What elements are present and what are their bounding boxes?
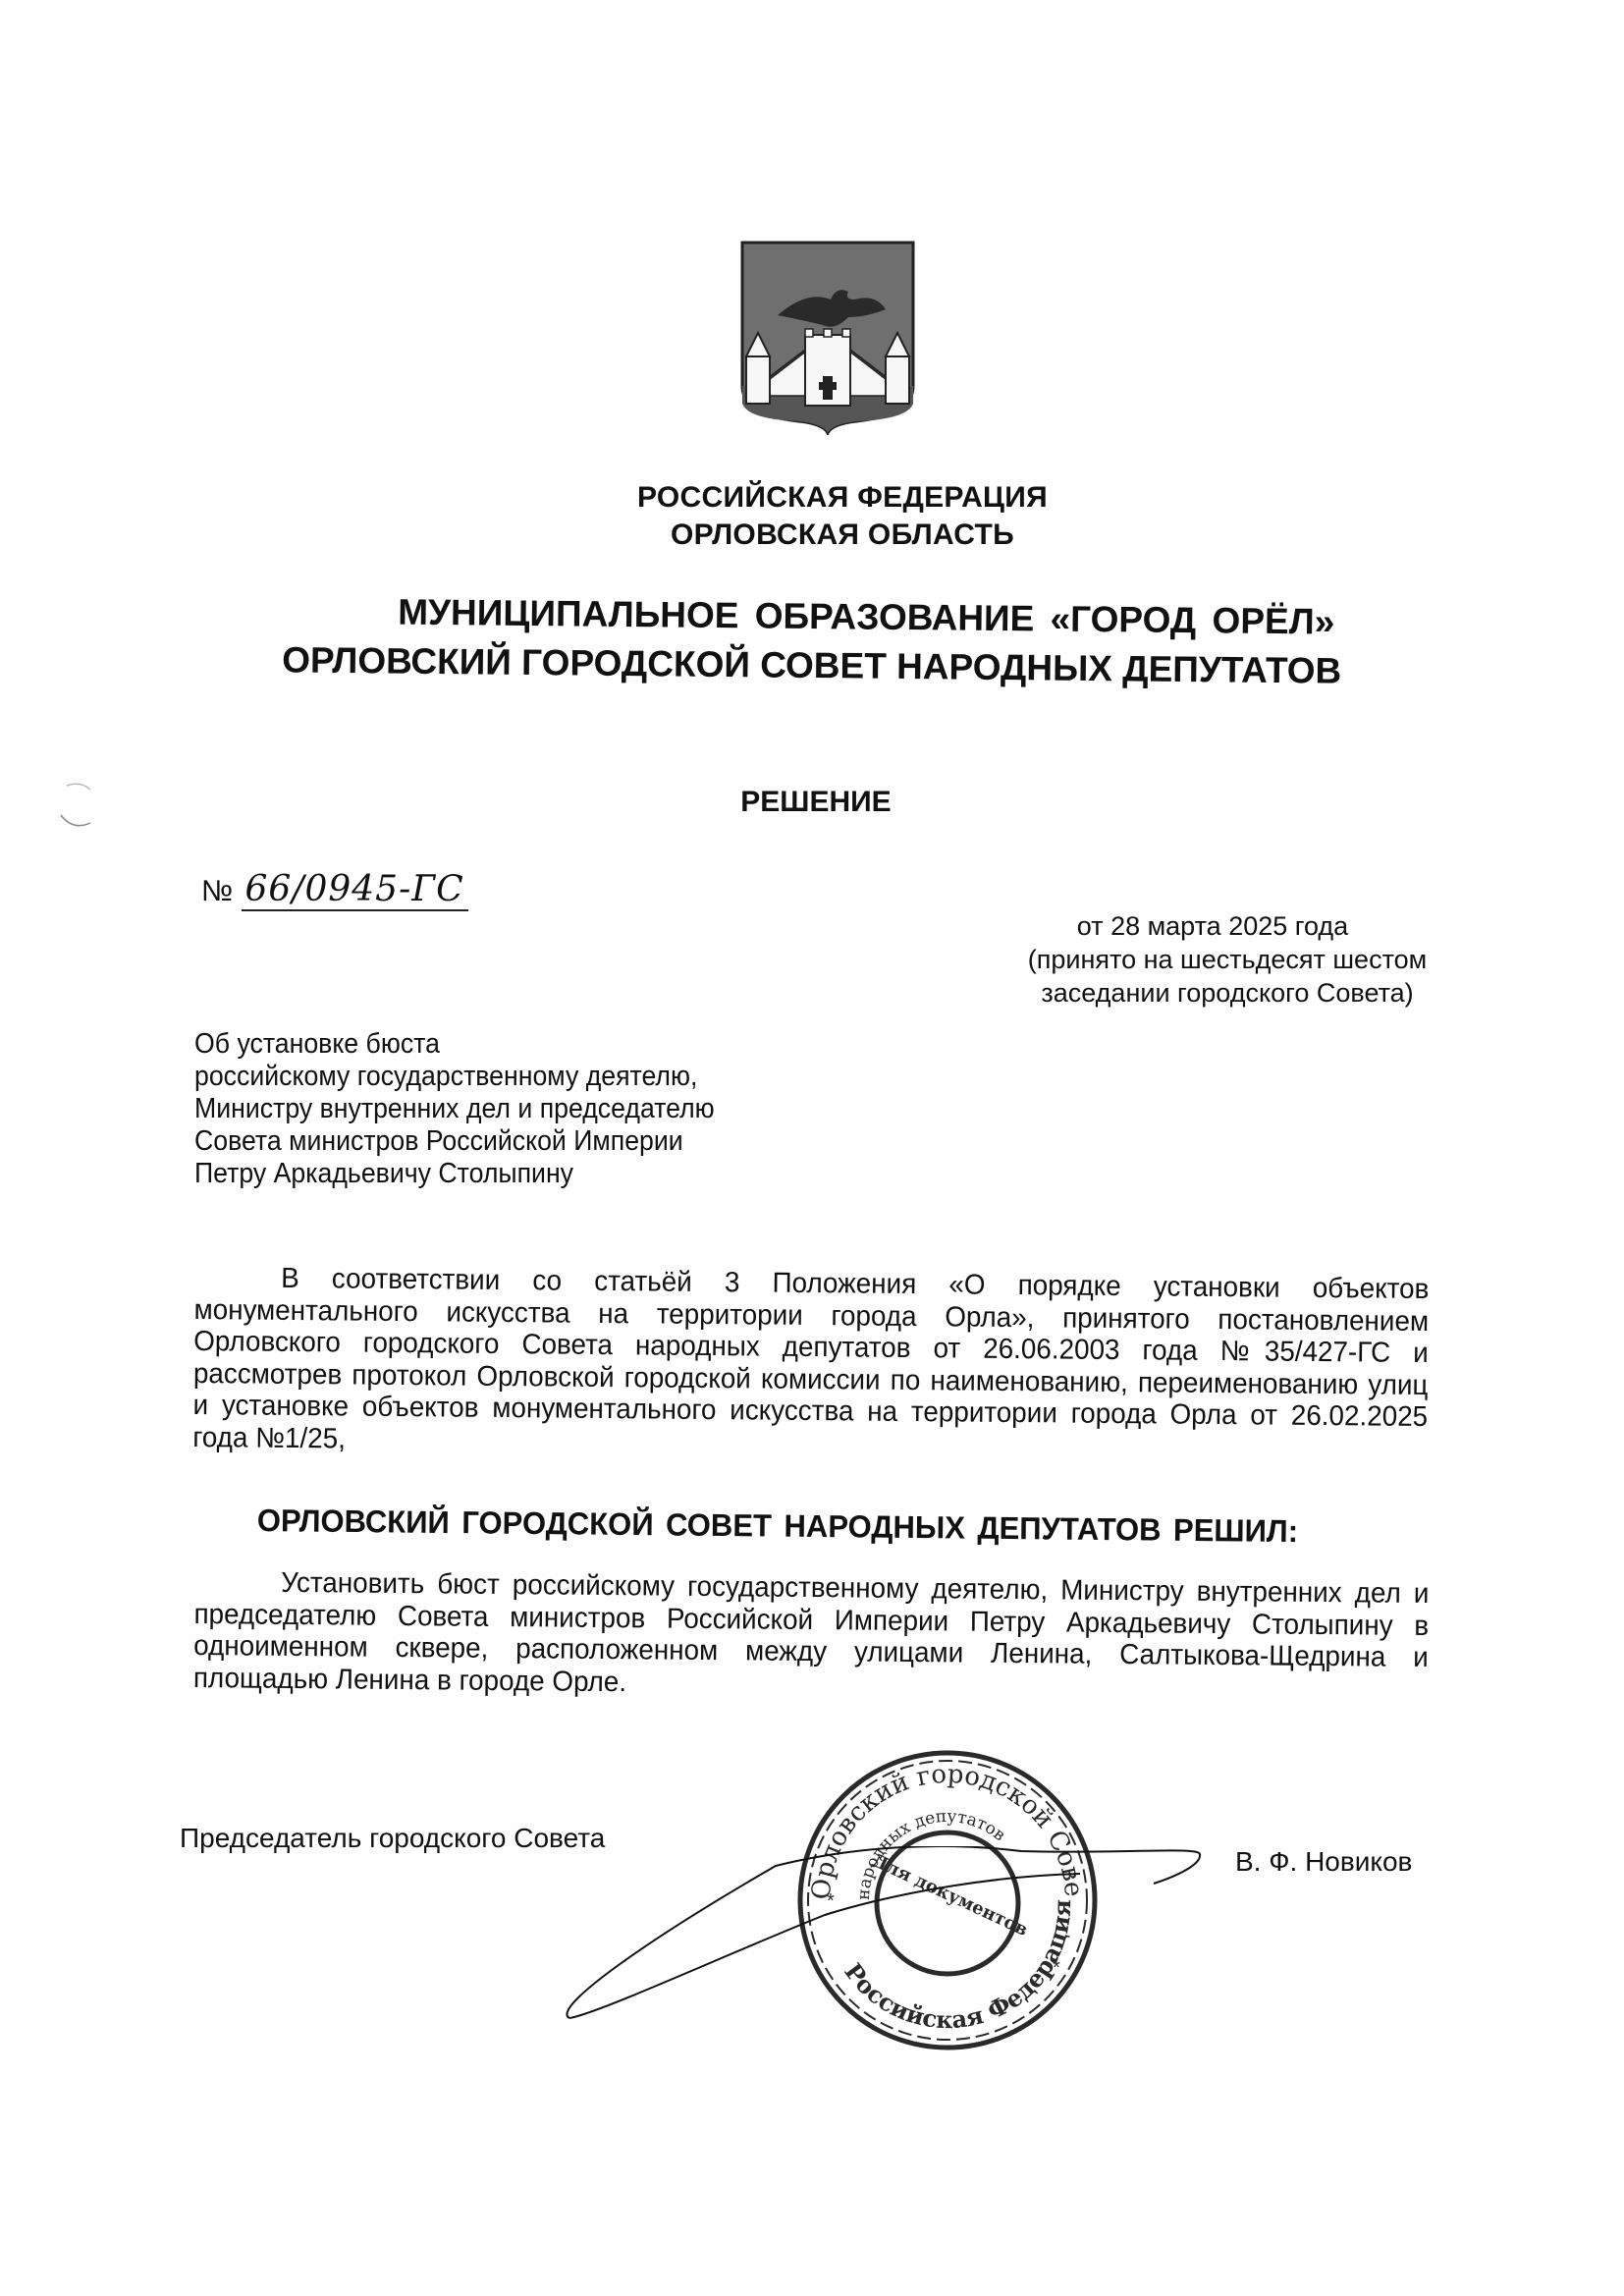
coat-of-arms-icon bbox=[738, 239, 917, 435]
subject-line: российскому государственному деятелю, bbox=[194, 1061, 715, 1093]
preamble-text: В соответствии со статьёй 3 Положения «О… bbox=[192, 1263, 1429, 1454]
decision-subject: Об установке бюста российскому государст… bbox=[194, 1028, 715, 1190]
subject-line: Совета министров Российской Империи bbox=[194, 1125, 715, 1158]
header-country-region: РОССИЙСКАЯ ФЕДЕРАЦИЯ ОРЛОВСКАЯ ОБЛАСТЬ bbox=[0, 479, 1624, 554]
header-municipality: МУНИЦИПАЛЬНОЕ ОБРАЗОВАНИЕ «ГОРОД ОРЁЛ» О… bbox=[0, 583, 1624, 698]
subject-line: Петру Аркадьевичу Столыпину bbox=[194, 1158, 715, 1190]
number-prefix: № bbox=[201, 875, 233, 907]
session-line-2: заседании городского Совета) bbox=[982, 976, 1473, 1010]
date-line: от 28 марта 2025 года bbox=[982, 909, 1473, 943]
signature bbox=[530, 1846, 1208, 2062]
session-line-1: (принято на шестьдесят шестом bbox=[982, 943, 1473, 976]
country-name: РОССИЙСКАЯ ФЕДЕРАЦИЯ bbox=[0, 479, 1624, 517]
preamble-paragraph: В соответствии со статьёй 3 Положения «О… bbox=[192, 1262, 1429, 1465]
document-title: РЕШЕНИЕ bbox=[0, 786, 1624, 819]
document-page: РОССИЙСКАЯ ФЕДЕРАЦИЯ ОРЛОВСКАЯ ОБЛАСТЬ М… bbox=[0, 0, 1624, 2296]
signatory-name: В. Ф. Новиков bbox=[1235, 1846, 1412, 1878]
subject-line: Об установке бюста bbox=[194, 1028, 715, 1061]
decision-date: от 28 марта 2025 года (принято на шестьд… bbox=[982, 909, 1473, 1010]
resolution-text: Установить бюст российскому государствен… bbox=[193, 1567, 1430, 1698]
subject-line: Министру внутренних дел и председателю bbox=[194, 1093, 715, 1125]
decision-heading: ОРЛОВСКИЙ ГОРОДСКОЙ СОВЕТ НАРОДНЫХ ДЕПУТ… bbox=[257, 1503, 1299, 1550]
punch-hole-mark bbox=[49, 776, 98, 835]
handwritten-number: 66/0945-ГС bbox=[242, 869, 468, 911]
region-name: ОРЛОВСКАЯ ОБЛАСТЬ bbox=[0, 517, 1624, 554]
decision-number: № 66/0945-ГС bbox=[201, 869, 468, 909]
resolution-paragraph: Установить бюст российскому государствен… bbox=[193, 1566, 1430, 1706]
